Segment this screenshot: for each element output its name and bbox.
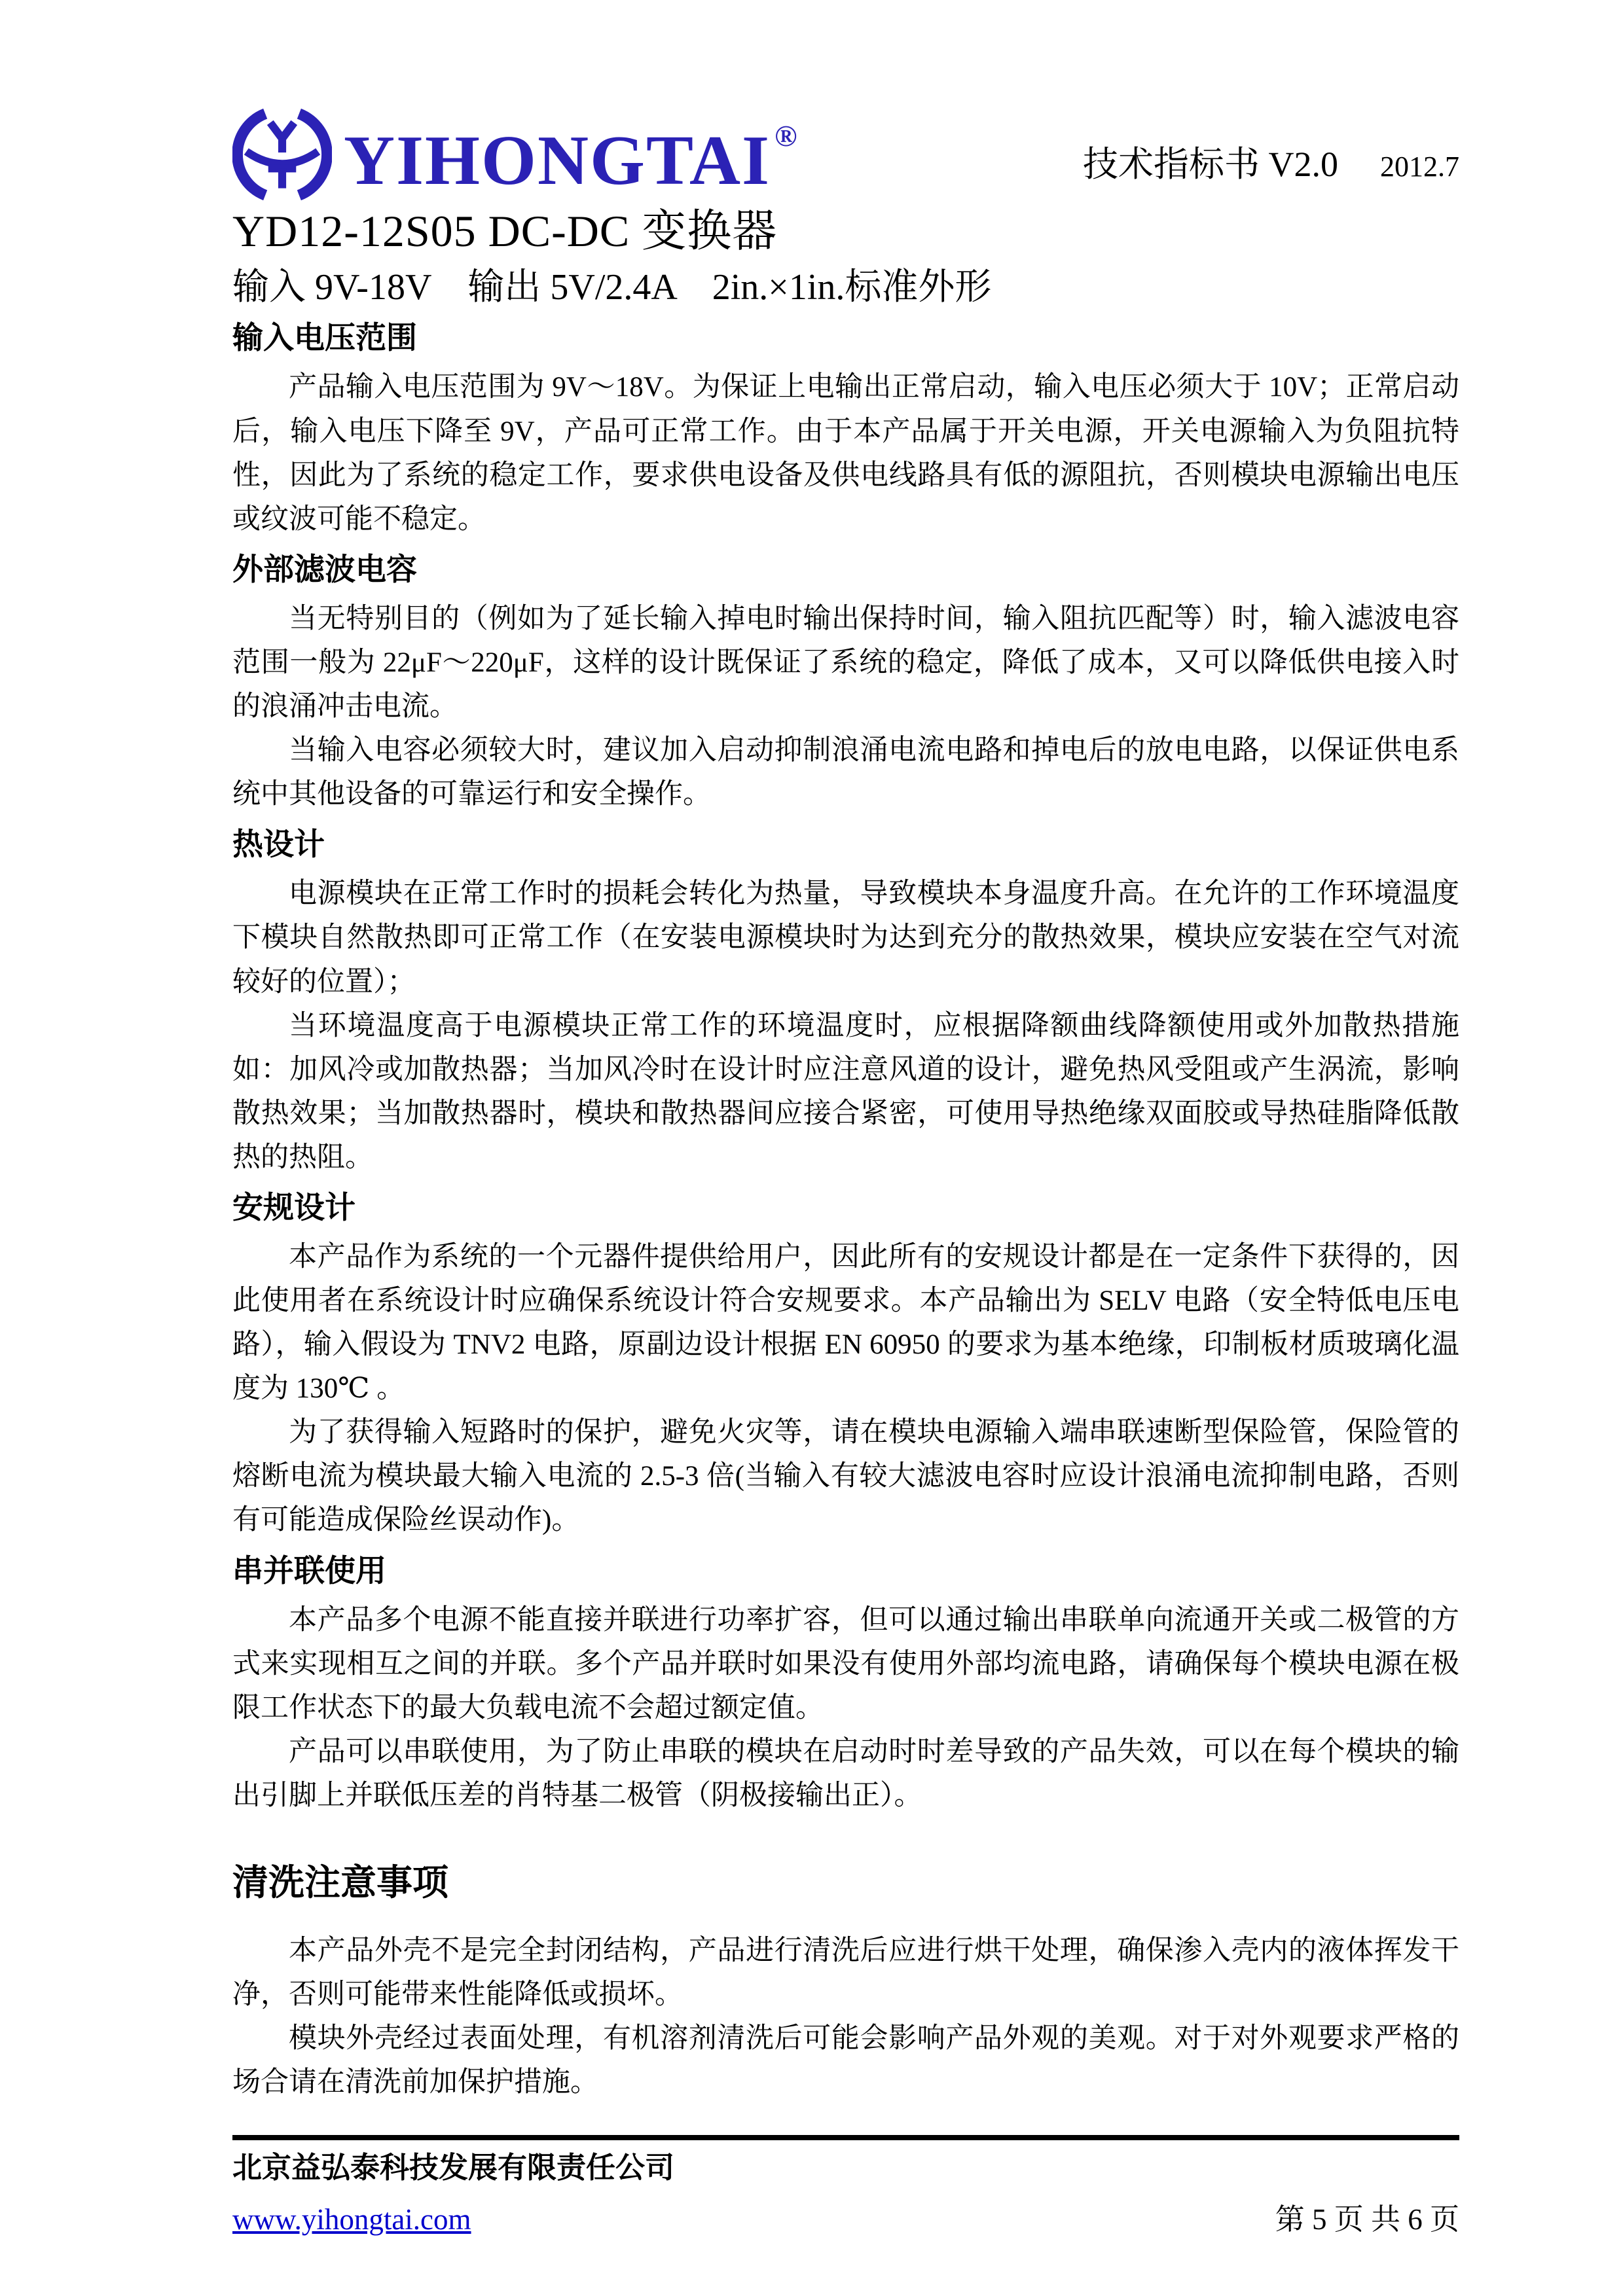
- paragraph: 产品输入电压范围为 9V～18V。为保证上电输出正常启动，输入电压必须大于 10…: [232, 365, 1459, 541]
- doc-date: 2012.7: [1380, 150, 1459, 183]
- page-footer: 北京益弘泰科技发展有限责任公司 www.yihongtai.com 第 5 页 …: [232, 2135, 1459, 2238]
- section-safety-design: 安规设计 本产品作为系统的一个元器件提供给用户，因此所有的安规设计都是在一定条件…: [232, 1189, 1459, 1543]
- section-cleaning-notes: 清洗注意事项 本产品外壳不是完全封闭结构，产品进行清洗后应进行烘干处理，确保渗入…: [232, 1859, 1459, 2104]
- paragraph: 模块外壳经过表面处理，有机溶剂清洗后可能会影响产品外观的美观。对于对外观要求严格…: [232, 2017, 1459, 2104]
- footer-row: www.yihongtai.com 第 5 页 共 6 页: [232, 2195, 1459, 2238]
- paragraph: 当无特别目的（例如为了延长输入掉电时输出保持时间，输入阻抗匹配等）时，输入滤波电…: [232, 597, 1459, 728]
- logo-wordmark: YIHONGTAI®: [344, 121, 798, 196]
- section-thermal-design: 热设计 电源模块在正常工作时的损耗会转化为热量，导致模块本身温度升高。在允许的工…: [232, 825, 1459, 1179]
- registered-trademark-icon: ®: [775, 119, 798, 152]
- section-input-voltage-range: 输入电压范围 产品输入电压范围为 9V～18V。为保证上电输出正常启动，输入电压…: [232, 319, 1459, 541]
- website-link[interactable]: www.yihongtai.com: [232, 2202, 471, 2236]
- section-series-parallel-use: 串并联使用 本产品多个电源不能直接并联进行功率扩容，但可以通过输出串联单向流通开…: [232, 1552, 1459, 1818]
- paragraph: 本产品作为系统的一个元器件提供给用户，因此所有的安规设计都是在一定条件下获得的，…: [232, 1235, 1459, 1410]
- page-number: 第 5 页 共 6 页: [1275, 2195, 1459, 2238]
- paragraph: 电源模块在正常工作时的损耗会转化为热量，导致模块本身温度升高。在允许的工作环境温…: [232, 872, 1459, 1003]
- paragraph: 本产品外壳不是完全封闭结构，产品进行清洗后应进行烘干处理，确保渗入壳内的液体挥发…: [232, 1929, 1459, 2017]
- paragraph: 当环境温度高于电源模块正常工作的环境温度时，应根据降额曲线降额使用或外加散热措施…: [232, 1004, 1459, 1179]
- doc-info: 技术指标书 V2.0 2012.7: [1083, 136, 1459, 187]
- section-heading: 外部滤波电容: [232, 550, 1459, 590]
- company-logo: YIHONGTAI®: [232, 105, 798, 204]
- document-page: YIHONGTAI® 技术指标书 V2.0 2012.7 YD12-12S05 …: [0, 0, 1623, 2296]
- section-heading: 热设计: [232, 825, 1459, 865]
- paragraph: 为了获得输入短路时的保护，避免火灾等，请在模块电源输入端串联速断型保险管，保险管…: [232, 1410, 1459, 1542]
- section-external-filter-capacitor: 外部滤波电容 当无特别目的（例如为了延长输入掉电时输出保持时间，输入阻抗匹配等）…: [232, 550, 1459, 816]
- section-heading: 输入电压范围: [232, 319, 1459, 359]
- product-subtitle: 输入 9V-18V 输出 5V/2.4A 2in.×1in.标准外形: [232, 266, 1459, 310]
- yihongtai-globe-icon: [232, 105, 332, 204]
- paragraph: 本产品多个电源不能直接并联进行功率扩容，但可以通过输出串联单向流通开关或二极管的…: [232, 1598, 1459, 1730]
- paragraph: 当输入电容必须较大时，建议加入启动抑制浪涌电流电路和掉电后的放电电路，以保证供电…: [232, 728, 1459, 816]
- product-title: YD12-12S05 DC-DC 变换器: [232, 206, 1459, 257]
- company-name: 北京益弘泰科技发展有限责任公司: [232, 2149, 1459, 2186]
- section-heading: 串并联使用: [232, 1552, 1459, 1592]
- doc-type-label: 技术指标书 V2.0: [1083, 136, 1338, 187]
- section-heading: 清洗注意事项: [232, 1859, 1459, 1907]
- section-heading: 安规设计: [232, 1189, 1459, 1229]
- paragraph: 产品可以串联使用，为了防止串联的模块在启动时时差导致的产品失效，可以在每个模块的…: [232, 1730, 1459, 1818]
- page-header: YIHONGTAI® 技术指标书 V2.0 2012.7: [232, 105, 1459, 204]
